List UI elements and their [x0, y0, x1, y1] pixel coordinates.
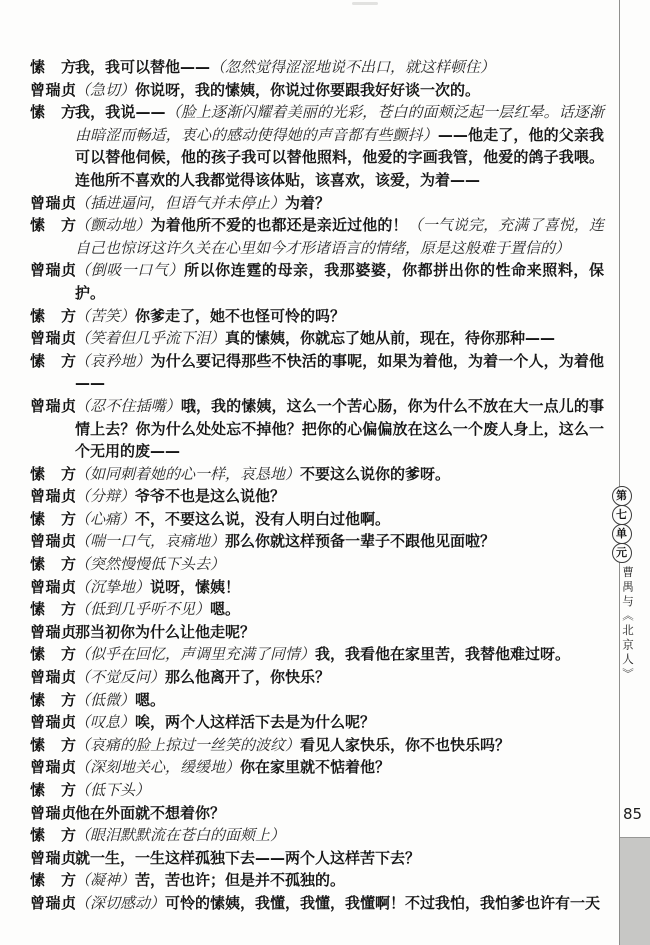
- dialogue-entry: 愫 方 （似乎在回忆，声调里充满了同情）我，我看他在家里苦，我替他难过呀。: [30, 643, 604, 666]
- speaker-label: 愫 方: [30, 869, 75, 892]
- stage-direction: （沉挚地）: [75, 578, 150, 596]
- speaker-label: 曾瑞贞: [30, 192, 75, 215]
- dialogue-entry: 愫 方 （哀矜地）为什么要记得那些不快活的事呢，如果为着他，为着一个人，为着他—…: [30, 350, 604, 395]
- speech-text: （苦笑）你爹走了，她不也怪可怜的吗？: [75, 305, 604, 328]
- dialogue-entry: 曾瑞贞 （急切）你说呀，我的愫姨，你说过你要跟我好好谈一次的。: [30, 79, 604, 102]
- stage-direction: （如同刺着她的心一样，哀恳地）: [75, 465, 300, 483]
- stage-direction: （凝神）: [75, 871, 135, 889]
- dialogue-entry: 曾瑞贞 （分辩）爷爷不也是这么说他？: [30, 485, 604, 508]
- speaker-label: 愫 方: [30, 305, 75, 328]
- speaker-label: 愫 方: [30, 56, 75, 79]
- margin-rule: [619, 0, 620, 945]
- dialogue-entry: 愫 方 （颤动地）为着他所不爱的也都还是亲近过他的！（一气说完，充满了喜悦，连自…: [30, 214, 604, 259]
- stage-direction: （笑着但几乎流下泪）: [75, 329, 225, 347]
- stage-direction: （似乎在回忆，声调里充满了同情）: [75, 645, 315, 663]
- dialogue-entry: 愫 方 我，我说——（脸上逐渐闪耀着美丽的光彩，苍白的面颊泛起一层红晕。话逐渐由…: [30, 101, 604, 191]
- speaker-label: 愫 方: [30, 508, 75, 531]
- stage-direction: （哀痛的脸上掠过一丝笑的波纹）: [75, 736, 300, 754]
- dialogue-entry: 愫 方 （如同刺着她的心一样，哀恳地）不要这么说你的爹呀。: [30, 463, 604, 486]
- dialogue-entry: 曾瑞贞 就一生，一生这样孤独下去——两个人这样苦下去？: [30, 847, 604, 870]
- unit-char: 七: [612, 505, 632, 525]
- dialogue-entry: 愫 方 （低到几乎听不见）嗯。: [30, 598, 604, 621]
- textbook-page: 愫 方 我，我可以替他——（忽然觉得涩涩地说不出口，就这样顿住） 曾瑞贞 （急切…: [0, 0, 650, 945]
- speech-text: 就一生，一生这样孤独下去——两个人这样苦下去？: [75, 847, 604, 870]
- unit-char: 第: [612, 486, 632, 506]
- speech-text: 他在外面就不想着你？: [75, 802, 604, 825]
- dialogue-entry: 愫 方 （凝神）苦，苦也许；但是并不孤独的。: [30, 869, 604, 892]
- dialogue-entry: 愫 方 （苦笑）你爹走了，她不也怪可怜的吗？: [30, 305, 604, 328]
- unit-char: 单: [612, 524, 632, 544]
- unit-badge: 第七单元: [611, 486, 632, 562]
- speech-text: （深切感动）可怜的愫姨，我懂，我懂，我懂啊！不过我怕，我怕爹也许有一天: [75, 892, 604, 915]
- speaker-label: 曾瑞贞: [30, 711, 75, 734]
- page-number: 85: [623, 805, 642, 823]
- stage-direction: （喘一口气，哀痛地）: [75, 532, 225, 550]
- speaker-label: 曾瑞贞: [30, 666, 75, 689]
- dialogue-entry: 曾瑞贞 （忍不住插嘴）哦，我的愫姨，这么一个苦心肠，你为什么不放在大一点儿的事情…: [30, 395, 604, 463]
- stage-direction: （颤动地）: [75, 216, 151, 234]
- stage-direction: （忽然觉得涩涩地说不出口，就这样顿住）: [210, 58, 495, 76]
- speech-text: （颤动地）为着他所不爱的也都还是亲近过他的！（一气说完，充满了喜悦，连自己也惊讶…: [75, 214, 604, 259]
- dialogue-entry: 曾瑞贞 （深刻地关心，缓缓地）你在家里就不惦着他？: [30, 756, 604, 779]
- speaker-label: 曾瑞贞: [30, 892, 75, 915]
- unit-char: 元: [612, 543, 632, 563]
- stage-direction: （分辩）: [75, 487, 135, 505]
- stage-direction: （突然慢慢低下头去）: [75, 555, 225, 573]
- speech-text: （沉挚地）说呀，愫姨！: [75, 576, 604, 599]
- stage-direction: （忍不住插嘴）: [75, 397, 181, 415]
- dialogue-entry: 愫 方 我，我可以替他——（忽然觉得涩涩地说不出口，就这样顿住）: [30, 56, 604, 79]
- stage-direction: （深切感动）: [75, 894, 165, 912]
- speech-text: （眼泪默默流在苍白的面颊上）: [75, 824, 604, 847]
- scan-smudge: [352, 2, 378, 5]
- stage-direction: （脸上逐渐闪耀着美丽的光彩，苍白的面颊泛起一层红晕。话逐渐由暗涩而畅适，衷心的感…: [75, 103, 604, 144]
- speech-text: （似乎在回忆，声调里充满了同情）我，我看他在家里苦，我替他难过呀。: [75, 643, 604, 666]
- dialogue-list: 愫 方 我，我可以替他——（忽然觉得涩涩地说不出口，就这样顿住） 曾瑞贞 （急切…: [30, 56, 604, 915]
- speaker-label: 愫 方: [30, 350, 75, 373]
- stage-direction: （倒吸一口气）: [75, 261, 184, 279]
- speaker-label: 愫 方: [30, 214, 75, 237]
- speech-text: （深刻地关心，缓缓地）你在家里就不惦着他？: [75, 756, 604, 779]
- stage-direction: （叹息）: [75, 713, 135, 731]
- dialogue-entry: 曾瑞贞 （插进逼问，但语气并未停止）为着？: [30, 192, 604, 215]
- speaker-label: 曾瑞贞: [30, 327, 75, 350]
- speech-text: （笑着但几乎流下泪）真的愫姨，你就忘了她从前，现在，待你那种——: [75, 327, 604, 350]
- speech-text: 那当初你为什么让他走呢？: [75, 621, 604, 644]
- speech-text: （如同刺着她的心一样，哀恳地）不要这么说你的爹呀。: [75, 463, 604, 486]
- speaker-label: 曾瑞贞: [30, 756, 75, 779]
- dialogue-entry: 愫 方 （低微）嗯。: [30, 689, 604, 712]
- stage-direction: （急切）: [75, 81, 135, 99]
- speech-text: （不觉反问）那么他离开了，你快乐？: [75, 666, 604, 689]
- speech-text: 我，我说——（脸上逐渐闪耀着美丽的光彩，苍白的面颊泛起一层红晕。话逐渐由暗涩而畅…: [75, 101, 604, 191]
- speech-text: （插进逼问，但语气并未停止）为着？: [75, 192, 604, 215]
- stage-direction: （苦笑）: [75, 307, 135, 325]
- speech-text: （忍不住插嘴）哦，我的愫姨，这么一个苦心肠，你为什么不放在大一点儿的事情上去？你…: [75, 395, 604, 463]
- speaker-label: 愫 方: [30, 689, 75, 712]
- stage-direction: （深刻地关心，缓缓地）: [75, 758, 240, 776]
- stage-direction: （低微）: [75, 691, 135, 709]
- speaker-label: 曾瑞贞: [30, 395, 75, 418]
- speech-text: （急切）你说呀，我的愫姨，你说过你要跟我好好谈一次的。: [75, 79, 604, 102]
- speaker-label: 愫 方: [30, 824, 75, 847]
- dialogue-entry: 愫 方 （低下头）: [30, 779, 604, 802]
- dialogue-entry: 愫 方 （眼泪默默流在苍白的面颊上）: [30, 824, 604, 847]
- speech-text: （分辩）爷爷不也是这么说他？: [75, 485, 604, 508]
- dialogue-entry: 愫 方 （突然慢慢低下头去）: [30, 553, 604, 576]
- dialogue-entry: 曾瑞贞 （倒吸一口气）所以你连霆的母亲，我那婆婆，你都拼出你的性命来照料，保护。: [30, 259, 604, 304]
- speaker-label: 曾瑞贞: [30, 485, 75, 508]
- speech-text: （低微）嗯。: [75, 689, 604, 712]
- dialogue-entry: 曾瑞贞 （笑着但几乎流下泪）真的愫姨，你就忘了她从前，现在，待你那种——: [30, 327, 604, 350]
- dialogue-entry: 曾瑞贞 （叹息）唉，两个人这样活下去是为什么呢？: [30, 711, 604, 734]
- dialogue-entry: 曾瑞贞 他在外面就不想着你？: [30, 802, 604, 825]
- stage-direction: （插进逼问，但语气并未停止）: [75, 194, 285, 212]
- speaker-label: 曾瑞贞: [30, 530, 75, 553]
- speaker-label: 曾瑞贞: [30, 576, 75, 599]
- speaker-label: 曾瑞贞: [30, 621, 75, 644]
- dialogue-entry: 曾瑞贞 （沉挚地）说呀，愫姨！: [30, 576, 604, 599]
- speech-text: （凝神）苦，苦也许；但是并不孤独的。: [75, 869, 604, 892]
- speaker-label: 曾瑞贞: [30, 259, 75, 282]
- speech-text: （低到几乎听不见）嗯。: [75, 598, 604, 621]
- speaker-label: 愫 方: [30, 779, 75, 802]
- stage-direction: （一气说完，充满了喜悦，连自己也惊讶这许久关在心里如今才形诸语言的情绪，原是这般…: [75, 216, 604, 257]
- speech-text: （倒吸一口气）所以你连霆的母亲，我那婆婆，你都拼出你的性命来照料，保护。: [75, 259, 604, 304]
- stage-direction: （不觉反问）: [75, 668, 165, 686]
- stage-direction: （哀矜地）: [75, 352, 151, 370]
- stage-direction: （眼泪默默流在苍白的面颊上）: [75, 826, 285, 844]
- speech-text: （哀痛的脸上掠过一丝笑的波纹）看见人家快乐，你不也快乐吗？: [75, 734, 604, 757]
- speaker-label: 曾瑞贞: [30, 79, 75, 102]
- dialogue-entry: 曾瑞贞 （深切感动）可怜的愫姨，我懂，我懂，我懂啊！不过我怕，我怕爹也许有一天: [30, 892, 604, 915]
- speech-text: 我，我可以替他——（忽然觉得涩涩地说不出口，就这样顿住）: [75, 56, 604, 79]
- dialogue-entry: 曾瑞贞 那当初你为什么让他走呢？: [30, 621, 604, 644]
- speaker-label: 愫 方: [30, 598, 75, 621]
- speech-text: （突然慢慢低下头去）: [75, 553, 604, 576]
- dialogue-entry: 曾瑞贞 （喘一口气，哀痛地）那么你就这样预备一辈子不跟他见面啦？: [30, 530, 604, 553]
- speech-text: （哀矜地）为什么要记得那些不快活的事呢，如果为着他，为着一个人，为着他——: [75, 350, 604, 395]
- speaker-label: 愫 方: [30, 463, 75, 486]
- lesson-title: 曹禺与《北京人》: [620, 566, 636, 684]
- speech-text: （心痛）不，不要这么说，没有人明白过他啊。: [75, 508, 604, 531]
- edge-thumb-block: [620, 837, 650, 945]
- speaker-label: 愫 方: [30, 553, 75, 576]
- speaker-label: 愫 方: [30, 643, 75, 666]
- stage-direction: （低到几乎听不见）: [75, 600, 210, 618]
- dialogue-entry: 曾瑞贞 （不觉反问）那么他离开了，你快乐？: [30, 666, 604, 689]
- dialogue-entry: 愫 方 （心痛）不，不要这么说，没有人明白过他啊。: [30, 508, 604, 531]
- speech-text: （叹息）唉，两个人这样活下去是为什么呢？: [75, 711, 604, 734]
- speaker-label: 愫 方: [30, 101, 75, 124]
- stage-direction: （心痛）: [75, 510, 135, 528]
- speech-text: （低下头）: [75, 779, 604, 802]
- dialogue-entry: 愫 方 （哀痛的脸上掠过一丝笑的波纹）看见人家快乐，你不也快乐吗？: [30, 734, 604, 757]
- speaker-label: 曾瑞贞: [30, 802, 75, 825]
- speaker-label: 曾瑞贞: [30, 847, 75, 870]
- speaker-label: 愫 方: [30, 734, 75, 757]
- speech-text: （喘一口气，哀痛地）那么你就这样预备一辈子不跟他见面啦？: [75, 530, 604, 553]
- stage-direction: （低下头）: [75, 781, 150, 799]
